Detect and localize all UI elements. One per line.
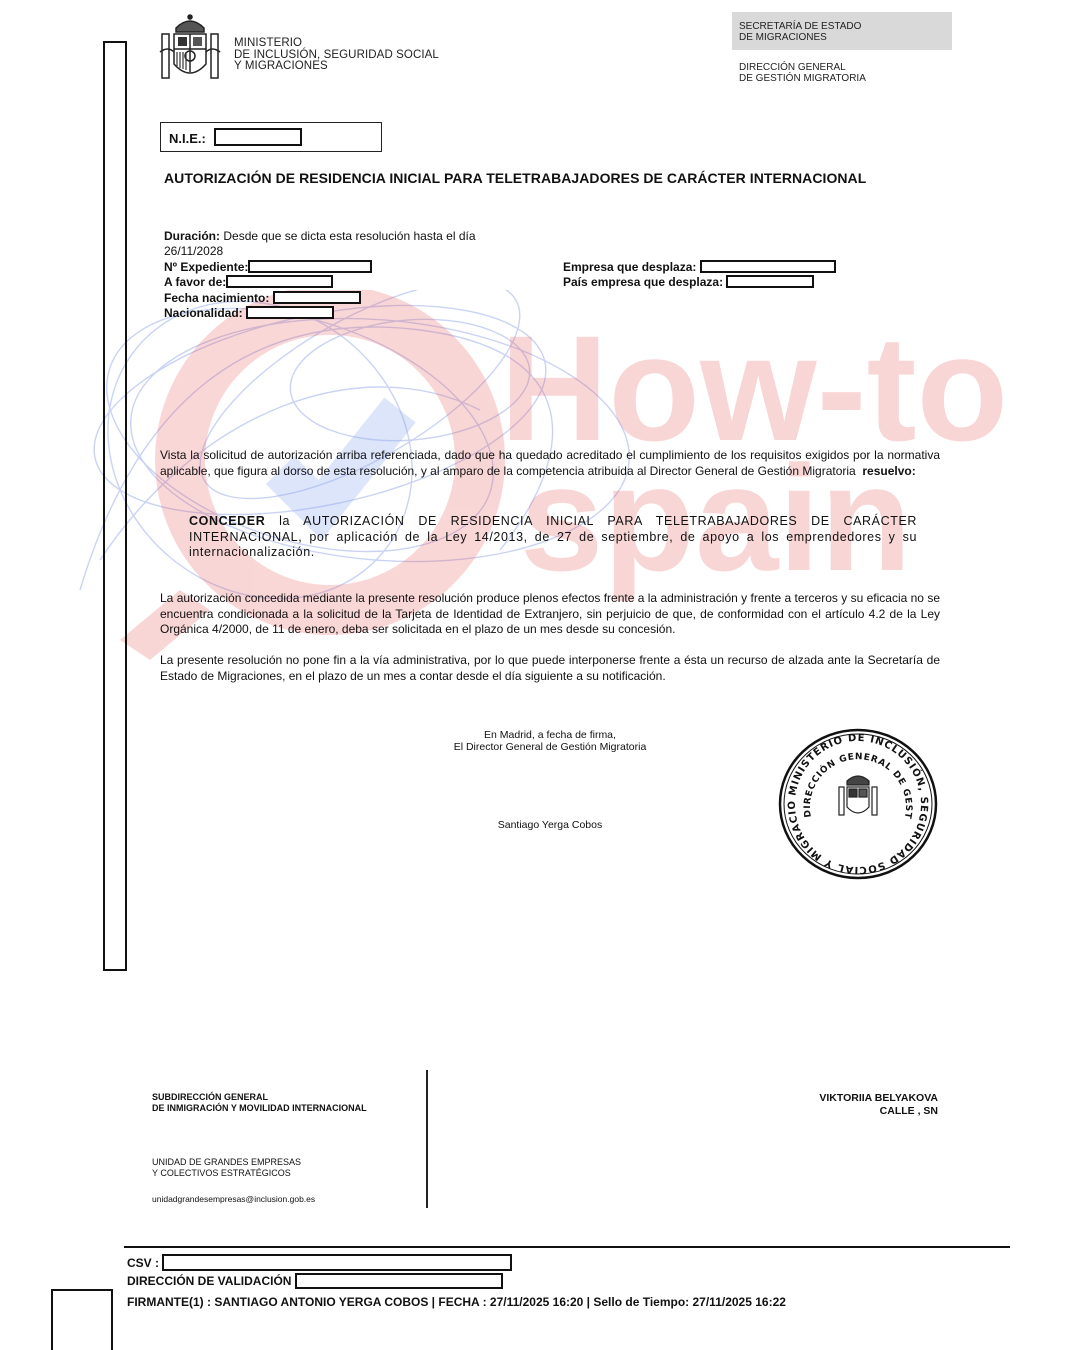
- directorate-line-1: DIRECCIÓN GENERAL: [739, 62, 866, 73]
- directorate-line-2: DE GESTIÓN MIGRATORIA: [739, 73, 866, 84]
- bottom-left-box: [51, 1289, 113, 1350]
- recipient-name: VIKTORIIA BELYAKOVA: [780, 1092, 938, 1105]
- fecha-nacimiento-label: Fecha nacimiento:: [164, 291, 269, 305]
- nacionalidad-redacted: [246, 306, 334, 319]
- empresa-label: Empresa que desplaza:: [563, 260, 696, 274]
- official-stamp-icon: MINISTERIO DE INCLUSIÓN, SEGURIDAD SOCIA…: [777, 727, 939, 881]
- subdirectorate-line-1: SUBDIRECCIÓN GENERAL: [152, 1092, 367, 1103]
- recipient-address-block: VIKTORIIA BELYAKOVA CALLE , SN: [780, 1092, 938, 1117]
- document-title: AUTORIZACIÓN DE RESIDENCIA INICIAL PARA …: [164, 170, 866, 186]
- a-favor-line: A favor de:: [164, 275, 476, 290]
- ministry-name: MINISTERIO DE INCLUSIÓN, SEGURIDAD SOCIA…: [234, 38, 439, 73]
- validation-address-label: DIRECCIÓN DE VALIDACIÓN: [127, 1274, 291, 1288]
- footer-divider: [426, 1070, 428, 1208]
- signer-info-line: FIRMANTE(1) : SANTIAGO ANTONIO YERGA COB…: [127, 1295, 786, 1309]
- duration-text: Desde que se dicta esta resolución hasta…: [223, 229, 475, 243]
- pais-empresa-label: País empresa que desplaza:: [563, 275, 723, 289]
- secretariat-line-1: SECRETARÍA DE ESTADO: [739, 21, 861, 32]
- validation-address-line: DIRECCIÓN DE VALIDACIÓN: [127, 1273, 503, 1289]
- unit-name: UNIDAD DE GRANDES EMPRESAS Y COLECTIVOS …: [152, 1157, 301, 1178]
- nacionalidad-line: Nacionalidad:: [164, 306, 476, 321]
- signature-place: En Madrid, a fecha de firma,: [420, 729, 680, 741]
- a-favor-label: A favor de:: [164, 275, 226, 289]
- company-details: Empresa que desplaza: País empresa que d…: [563, 260, 836, 291]
- ministry-line-3: Y MIGRACIONES: [234, 61, 439, 73]
- unit-email: unidadgrandesempresas@inclusion.gob.es: [152, 1194, 315, 1204]
- resolution-paragraph: Vista la solicitud de autorización arrib…: [160, 448, 940, 479]
- expediente-label: Nº Expediente:: [164, 260, 248, 274]
- nacionalidad-label: Nacionalidad:: [164, 306, 243, 320]
- unit-line-2: Y COLECTIVOS ESTRATÉGICOS: [152, 1168, 301, 1179]
- empresa-redacted: [700, 260, 836, 273]
- signature-block: En Madrid, a fecha de firma, El Director…: [420, 729, 680, 753]
- secretariat-name: SECRETARÍA DE ESTADO DE MIGRACIONES: [739, 21, 861, 43]
- csv-line: CSV :: [127, 1254, 512, 1271]
- nie-redacted-field: [214, 128, 302, 146]
- pais-empresa-redacted: [726, 275, 814, 288]
- duration-line: Duración: Desde que se dicta esta resolu…: [164, 229, 476, 244]
- subdirectorate-line-2: DE INMIGRACIÓN Y MOVILIDAD INTERNACIONAL: [152, 1103, 367, 1114]
- fecha-nacimiento-redacted: [273, 291, 361, 304]
- csv-redacted: [162, 1254, 512, 1271]
- validation-divider: [124, 1246, 1010, 1248]
- directorate-name: DIRECCIÓN GENERAL DE GESTIÓN MIGRATORIA: [739, 62, 866, 84]
- a-favor-redacted: [226, 275, 333, 288]
- signature-role: El Director General de Gestión Migratori…: [420, 741, 680, 753]
- svg-text:How-to: How-to: [500, 304, 1008, 472]
- expediente-line: Nº Expediente:: [164, 260, 476, 275]
- unit-line-1: UNIDAD DE GRANDES EMPRESAS: [152, 1157, 301, 1168]
- left-margin-strip: [103, 41, 127, 971]
- ministry-line-1: MINISTERIO: [234, 38, 439, 50]
- duration-date: 26/11/2028: [164, 244, 476, 259]
- applicant-details: Duración: Desde que se dicta esta resolu…: [164, 229, 476, 321]
- pais-empresa-line: País empresa que desplaza:: [563, 275, 836, 290]
- secretariat-line-2: DE MIGRACIONES: [739, 32, 861, 43]
- conceder-text: CONCEDER: [189, 514, 265, 528]
- fecha-nacimiento-line: Fecha nacimiento:: [164, 291, 476, 306]
- validation-address-redacted: [295, 1273, 503, 1289]
- csv-label: CSV :: [127, 1256, 159, 1270]
- grant-text: la AUTORIZACIÓN DE RESIDENCIA INICIAL PA…: [189, 514, 917, 559]
- expediente-redacted: [248, 260, 372, 273]
- resolution-text: Vista la solicitud de autorización arrib…: [160, 448, 940, 478]
- duration-label: Duración:: [164, 229, 220, 243]
- grant-paragraph: CONCEDER la AUTORIZACIÓN DE RESIDENCIA I…: [189, 514, 917, 561]
- resuelvo-text: resuelvo:: [862, 464, 915, 478]
- nie-label: N.I.E.:: [169, 131, 206, 146]
- appeal-paragraph: La presente resolución no pone fin a la …: [160, 653, 940, 684]
- signer-name: Santiago Yerga Cobos: [420, 819, 680, 831]
- empresa-line: Empresa que desplaza:: [563, 260, 836, 275]
- subdirectorate-name: SUBDIRECCIÓN GENERAL DE INMIGRACIÓN Y MO…: [152, 1092, 367, 1113]
- effects-paragraph: La autorización concedida mediante la pr…: [160, 591, 940, 638]
- recipient-address: CALLE , SN: [780, 1105, 938, 1118]
- spain-coat-of-arms-icon: [158, 12, 222, 84]
